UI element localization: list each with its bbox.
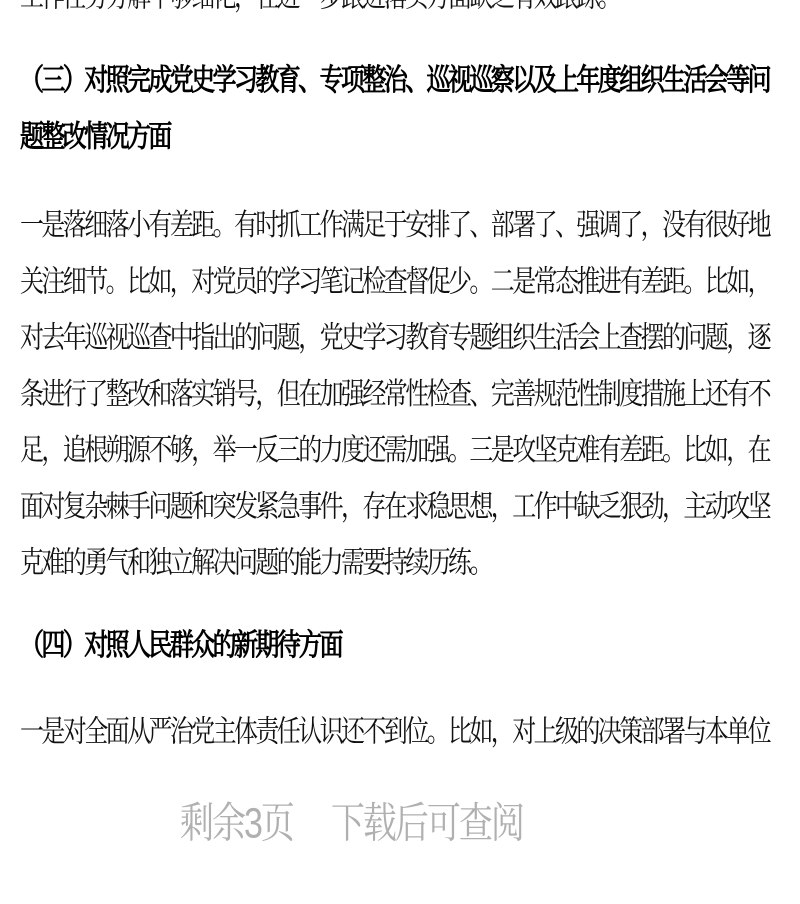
section-3-paragraph: 一是落细落小有差距。有时抓工作满足于安排了、部署了、强调了，没有很好地 关注细节… — [20, 198, 769, 592]
remaining-pages-label: 剩余3页 — [180, 800, 293, 848]
paragraph-line: 足，追根朔源不够，举一反三的力度还需加强。三是攻坚克难有差距。比如，在 — [20, 423, 769, 479]
paragraph-line: 条进行了整改和落实销号，但在加强经常性检查、完善规范性制度措施上还有不 — [20, 366, 769, 422]
heading-line: （四）对照人民群众的新期待方面 — [20, 618, 341, 674]
download-hint-label: 下载后可查阅 — [331, 800, 523, 848]
paragraph-line: 工作任务分解不够细化，在进一步跟进落实方面缺乏有效跟踪。 — [20, 0, 619, 25]
preview-footer-notice: 剩余3页下载后可查阅 — [180, 796, 523, 852]
paragraph-line: 面对复杂棘手问题和突发紧急事件，存在求稳思想，工作中缺乏狠劲，主动攻坚 — [20, 479, 769, 535]
document-content: 工作任务分解不够细化，在进一步跟进落实方面缺乏有效跟踪。 （三）对照完成党史学习… — [0, 0, 800, 904]
paragraph-line: 一是对全面从严治党主体责任认识还不到位。比如，对上级的决策部署与本单位 — [20, 704, 769, 760]
paragraph-line: 克难的勇气和独立解决问题的能力需要持续历练。 — [20, 535, 769, 591]
heading-line: 题整改情况方面 — [20, 109, 769, 165]
document-page: 工作任务分解不够细化，在进一步跟进落实方面缺乏有效跟踪。 （三）对照完成党史学习… — [0, 0, 800, 904]
heading-line: （三）对照完成党史学习教育、专项整治、巡视巡察以及上年度组织生活会等问 — [20, 53, 769, 109]
paragraph-line: 关注细节。比如，对党员的学习笔记检查督促少。二是常态推进有差距。比如， — [20, 254, 769, 310]
section-3-heading: （三）对照完成党史学习教育、专项整治、巡视巡察以及上年度组织生活会等问 题整改情… — [20, 53, 769, 166]
clipped-paragraph: 工作任务分解不够细化，在进一步跟进落实方面缺乏有效跟踪。 — [20, 0, 619, 25]
section-4-heading: （四）对照人民群众的新期待方面 — [20, 618, 341, 674]
section-4-paragraph: 一是对全面从严治党主体责任认识还不到位。比如，对上级的决策部署与本单位 — [20, 704, 769, 760]
paragraph-line: 一是落细落小有差距。有时抓工作满足于安排了、部署了、强调了，没有很好地 — [20, 198, 769, 254]
paragraph-line: 对去年巡视巡查中指出的问题，党史学习教育专题组织生活会上查摆的问题，逐 — [20, 310, 769, 366]
